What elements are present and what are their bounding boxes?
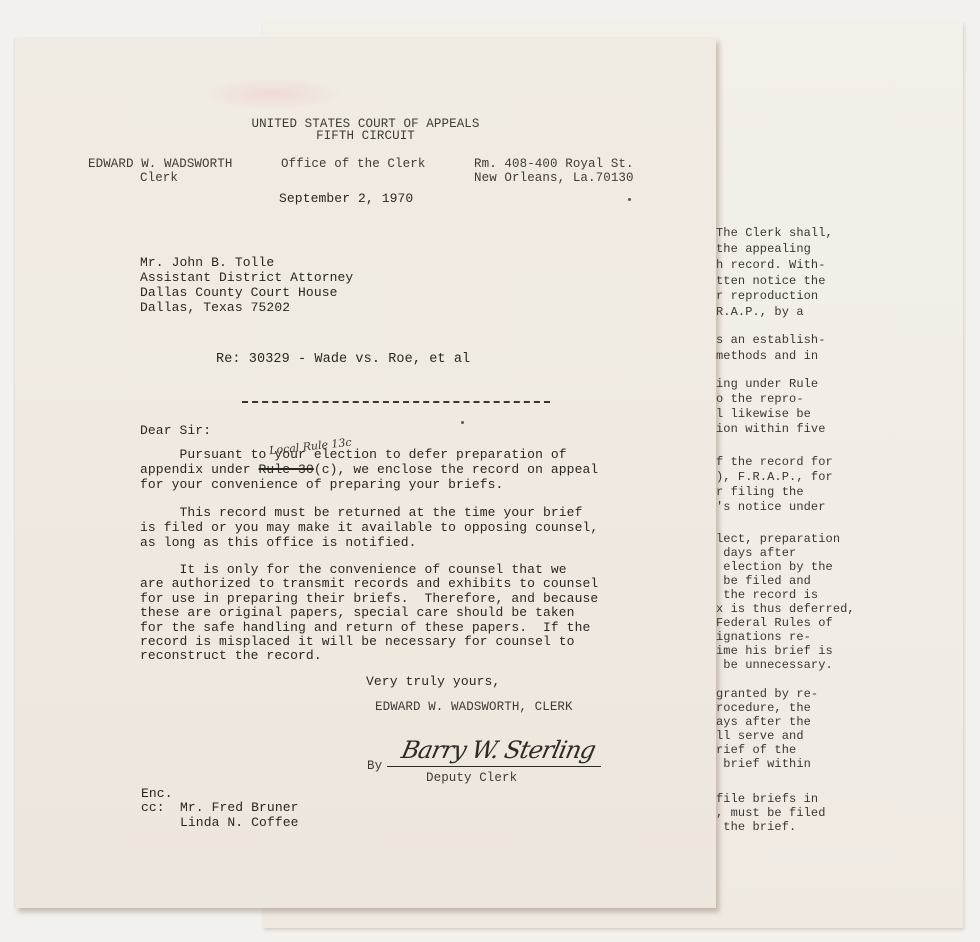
ink-dot — [628, 198, 631, 201]
cc-recipient: Linda N. Coffee — [180, 815, 299, 830]
by-label: By — [367, 759, 382, 774]
paragraph-2-line: as long as this office is notified. — [140, 535, 417, 550]
signature-line — [387, 766, 601, 767]
back-line: tten notice the — [716, 273, 826, 289]
paragraph-3-line: for the safe handling and return of thes… — [140, 620, 590, 635]
paragraph-3-line: It is only for the convenience of counse… — [140, 562, 567, 577]
recipient-name: Mr. John B. Tolle — [140, 255, 274, 270]
faded-stamp — [203, 78, 343, 110]
closing: Very truly yours, — [366, 674, 500, 689]
signature-title: Deputy Clerk — [426, 771, 517, 786]
back-line: be unnecessary. — [716, 657, 833, 673]
struck-text: Rule 30 — [259, 462, 314, 477]
ink-dot — [461, 421, 464, 424]
back-line: R.A.P., by a — [716, 304, 804, 320]
back-line: s an establish- — [716, 332, 826, 348]
text-fragment: (c), we enclose the record on appeal — [314, 462, 598, 477]
cc-label: cc: — [141, 800, 165, 815]
enclosure-note: Enc. — [141, 786, 173, 801]
clerk-name: EDWARD W. WADSWORTH — [88, 157, 232, 172]
back-line: the brief. — [716, 819, 796, 835]
clerk-title: Clerk — [140, 171, 178, 186]
back-line: ion within five — [716, 421, 826, 437]
paragraph-2-line: is filed or you may make it available to… — [140, 520, 598, 535]
recipient-building: Dallas County Court House — [140, 285, 338, 300]
paragraph-2-line: This record must be returned at the time… — [140, 505, 582, 520]
back-line: the appealing — [716, 241, 811, 257]
back-line: ), F.R.A.P., for — [716, 469, 833, 485]
recipient-city: Dallas, Texas 75202 — [140, 300, 290, 315]
office-address-line2: New Orleans, La.70130 — [474, 171, 634, 186]
paragraph-3-line: record is misplaced it will be necessary… — [140, 634, 575, 649]
divider-dashes — [242, 401, 550, 403]
back-line: r reproduction — [716, 288, 818, 304]
paragraph-1-line-1: Pursuant to your election to defer prepa… — [140, 447, 567, 462]
cc-recipient: Mr. Fred Bruner — [180, 800, 299, 815]
office-address-line1: Rm. 408-400 Royal St. — [474, 157, 634, 172]
paragraph-3-line: are authorized to transmit records and e… — [140, 576, 598, 591]
paragraph-1-line-3: for your convenience of preparing your b… — [140, 477, 503, 492]
paragraph-3-line: reconstruct the record. — [140, 648, 322, 663]
back-line: f the record for — [716, 454, 833, 470]
office-label: Office of the Clerk — [281, 157, 425, 172]
back-line: The Clerk shall, — [716, 225, 833, 241]
paragraph-3-line: these are original papers, special care … — [140, 605, 575, 620]
back-line: l likewise be — [716, 406, 811, 422]
signatory: EDWARD W. WADSWORTH, CLERK — [375, 700, 573, 715]
back-line: 's notice under — [716, 499, 826, 515]
back-line: o the repro- — [716, 391, 804, 407]
signature: Barry W. Sterling — [399, 736, 598, 764]
salutation: Dear Sir: — [140, 423, 211, 438]
back-line: r filing the — [716, 484, 804, 500]
back-line: ing under Rule — [716, 376, 818, 392]
letter-date: September 2, 1970 — [279, 191, 413, 206]
letter-page: UNITED STATES COURT OF APPEALS FIFTH CIR… — [15, 38, 716, 908]
text-fragment: appendix under — [140, 462, 259, 477]
re-line: Re: 30329 - Wade vs. Roe, et al — [216, 352, 470, 367]
back-line: brief within — [716, 756, 811, 772]
recipient-title: Assistant District Attorney — [140, 270, 353, 285]
paragraph-1-line-2: appendix under Rule 30(c), we enclose th… — [140, 462, 598, 477]
back-line: h record. With- — [716, 257, 826, 273]
circuit-name: FIFTH CIRCUIT — [15, 129, 716, 144]
back-line: methods and in — [716, 348, 818, 364]
paragraph-3-line: for use in preparing their briefs. There… — [140, 591, 598, 606]
